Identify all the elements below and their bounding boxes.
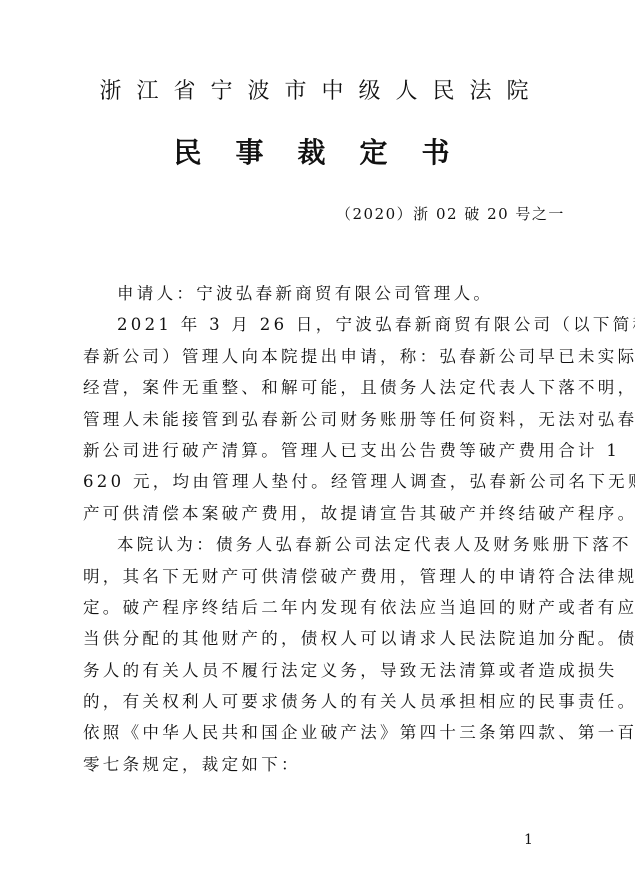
paragraph-line: 春新公司）管理人向本院提出申请，称：弘春新公司早已未实际 (83, 341, 569, 372)
paragraph-line: 管理人未能接管到弘春新公司财务账册等任何资料，无法对弘春 (83, 404, 569, 435)
paragraph-line: 经营，案件无重整、和解可能，且债务人法定代表人下落不明， (83, 372, 569, 403)
paragraph-line: 产可供清偿本案破产费用，故提请宣告其破产并终结破产程序。 (83, 498, 569, 529)
paragraph-line: 620 元，均由管理人垫付。经管理人调查，弘春新公司名下无财 (83, 466, 569, 497)
page-number: 1 (524, 831, 533, 849)
paragraph-line: 的，有关权利人可要求债务人的有关人员承担相应的民事责任。 (83, 686, 569, 717)
paragraph-line: 本院认为：债务人弘春新公司法定代表人及财务账册下落不 (83, 529, 569, 560)
paragraph-line: 定。破产程序终结后二年内发现有依法应当追回的财产或者有应 (83, 592, 569, 623)
paragraph-line: 新公司进行破产清算。管理人已支出公告费等破产费用合计 1 (83, 435, 569, 466)
paragraph-line: 零七条规定，裁定如下： (83, 749, 569, 780)
case-number: （2020）浙 02 破 20 号之一 (336, 203, 565, 225)
paragraph-line: 依照《中华人民共和国企业破产法》第四十三条第四款、第一百 (83, 717, 569, 748)
paragraph-line: 当供分配的其他财产的，债权人可以请求人民法院追加分配。债 (83, 623, 569, 654)
court-name: 浙江省宁波市中级人民法院 (0, 78, 635, 106)
applicant-line: 申请人：宁波弘春新商贸有限公司管理人。 (83, 278, 569, 309)
paragraph-line: 2021 年 3 月 26 日，宁波弘春新商贸有限公司（以下简称弘 (83, 309, 569, 340)
paragraph-line: 明，其名下无财产可供清偿破产费用，管理人的申请符合法律规 (83, 561, 569, 592)
document-page: 浙江省宁波市中级人民法院 民事裁定书 （2020）浙 02 破 20 号之一 申… (0, 0, 635, 891)
ruling-body: 申请人：宁波弘春新商贸有限公司管理人。 2021 年 3 月 26 日，宁波弘春… (83, 278, 569, 780)
document-title: 民事裁定书 (0, 135, 635, 171)
paragraph-line: 务人的有关人员不履行法定义务，导致无法清算或者造成损失 (83, 655, 569, 686)
